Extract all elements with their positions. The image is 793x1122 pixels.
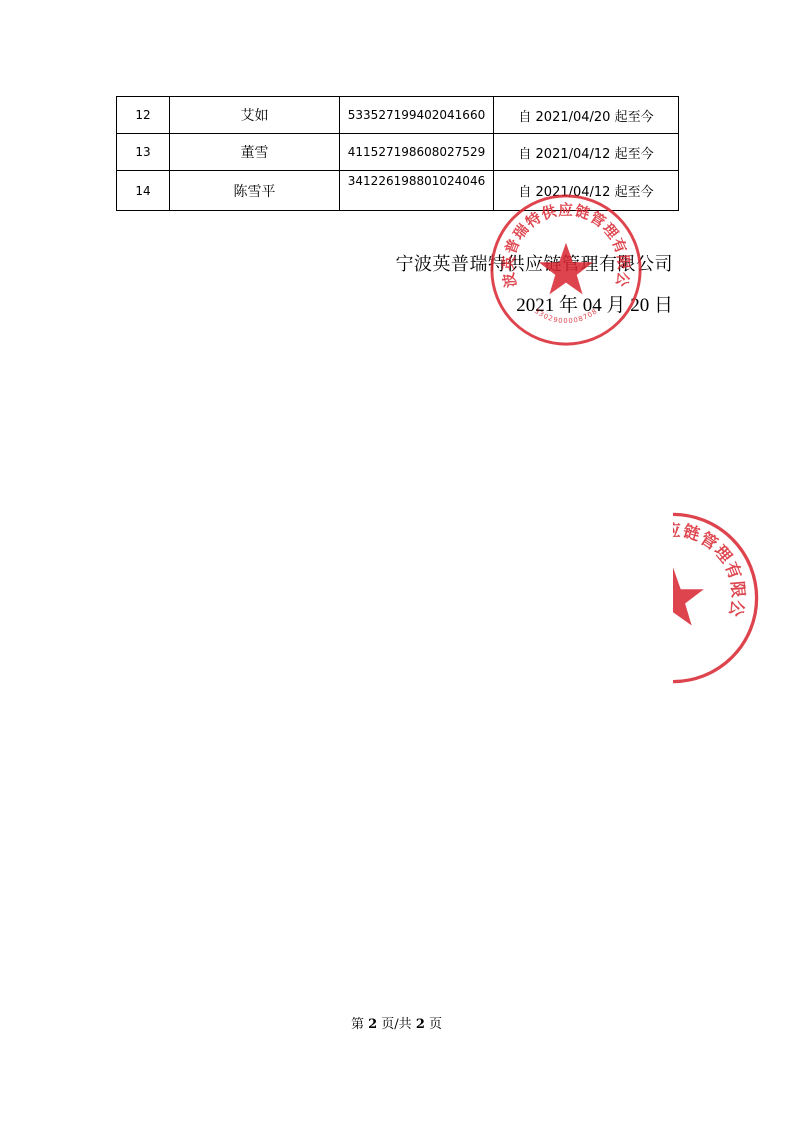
employment-period: 自 2021/04/20 起至今 (494, 97, 679, 134)
page-footer: 第 2 页/共 2 页 (0, 1013, 793, 1032)
seam-seal: 宁波英普瑞特供应链管理有限公司 (673, 510, 763, 686)
signature-company: 宁波英普瑞特供应链管理有限公司 (396, 250, 674, 276)
row-index: 12 (117, 97, 170, 134)
employment-period: 自 2021/04/12 起至今 (494, 134, 679, 171)
employee-name: 艾如 (170, 97, 340, 134)
footer-middle: 页/共 (381, 1017, 411, 1032)
table-row: 12 艾如 533527199402041660 自 2021/04/20 起至… (117, 97, 679, 134)
employee-name: 董雪 (170, 134, 340, 171)
svg-text:宁波英普瑞特供应链管理有限公司: 宁波英普瑞特供应链管理有限公司 (673, 510, 748, 620)
id-number: 341226198801024046 (340, 171, 494, 211)
row-index: 13 (117, 134, 170, 171)
id-number: 411527198608027529 (340, 134, 494, 171)
footer-prefix: 第 (351, 1017, 364, 1032)
table-row: 13 董雪 411527198608027529 自 2021/04/12 起至… (117, 134, 679, 171)
seam-seal-icon: 宁波英普瑞特供应链管理有限公司 (673, 510, 761, 686)
table-row: 14 陈雪平 341226198801024046 自 2021/04/12 起… (117, 171, 679, 211)
employee-name: 陈雪平 (170, 171, 340, 211)
current-page: 2 (368, 1017, 377, 1032)
row-index: 14 (117, 171, 170, 211)
employment-period: 自 2021/04/12 起至今 (494, 171, 679, 211)
total-pages: 2 (416, 1017, 425, 1032)
footer-suffix: 页 (429, 1017, 442, 1032)
signature-date: 2021 年 04 月 20 日 (516, 290, 673, 317)
employee-table: 12 艾如 533527199402041660 自 2021/04/20 起至… (116, 96, 679, 211)
id-number: 533527199402041660 (340, 97, 494, 134)
